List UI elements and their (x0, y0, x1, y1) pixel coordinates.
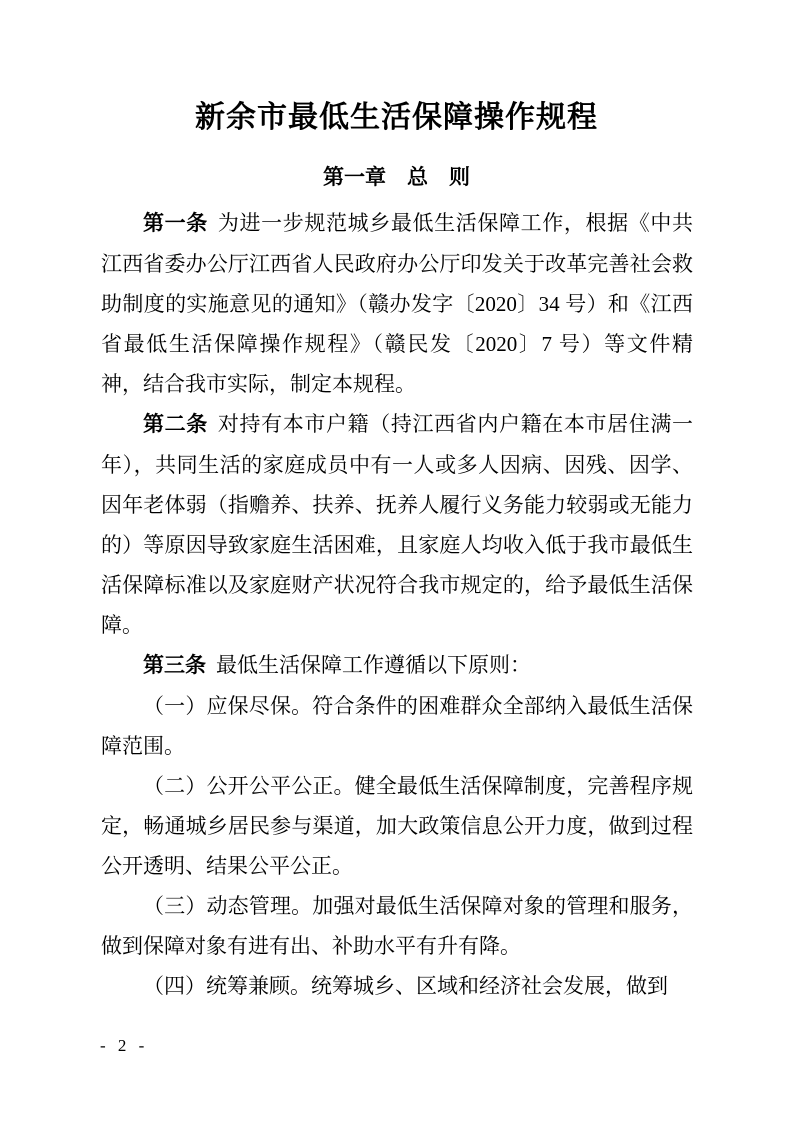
paragraph-text: 为进一步规范城乡最低生活保障工作，根据《中共江西省委办公厅江西省人民政府办公厅印… (101, 211, 693, 396)
page-number: - 2 - (100, 1036, 148, 1056)
paragraph: 第二条对持有本市户籍（持江西省内户籍在本市居住满一年），共同生活的家庭成员中有一… (101, 404, 693, 645)
article-number-label: 第二条 (143, 413, 208, 436)
document-title: 新余市最低生活保障操作规程 (0, 96, 793, 140)
paragraph-text: 对持有本市户籍（持江西省内户籍在本市居住满一年），共同生活的家庭成员中有一人或多… (101, 412, 693, 637)
paragraph-text: （三）动态管理。加强对最低生活保障对象的管理和服务，做到保障对象有进有出、补助水… (101, 894, 693, 958)
paragraph: 第三条最低生活保障工作遵循以下原则： (101, 645, 693, 686)
document-body: 第一条为进一步规范城乡最低生活保障工作，根据《中共江西省委办公厅江西省人民政府办… (101, 203, 693, 1006)
paragraph-text: （一）应保尽保。符合条件的困难群众全部纳入最低生活保障范围。 (101, 694, 693, 758)
paragraph: （一）应保尽保。符合条件的困难群众全部纳入最低生活保障范围。 (101, 686, 693, 766)
paragraph: （三）动态管理。加强对最低生活保障对象的管理和服务，做到保障对象有进有出、补助水… (101, 886, 693, 966)
document-page: 新余市最低生活保障操作规程 第一章 总 则 第一条为进一步规范城乡最低生活保障工… (0, 0, 793, 1122)
paragraph-text: （二）公开公平公正。健全最低生活保障制度，完善程序规定，畅通城乡居民参与渠道，加… (101, 774, 693, 878)
paragraph: 第一条为进一步规范城乡最低生活保障工作，根据《中共江西省委办公厅江西省人民政府办… (101, 203, 693, 404)
paragraph-text: 最低生活保障工作遵循以下原则： (216, 653, 531, 677)
paragraph: （二）公开公平公正。健全最低生活保障制度，完善程序规定，畅通城乡居民参与渠道，加… (101, 766, 693, 886)
chapter-heading: 第一章 总 则 (0, 163, 793, 193)
paragraph: （四）统筹兼顾。统筹城乡、区域和经济社会发展，做到 (101, 966, 693, 1006)
paragraph-text: （四）统筹兼顾。统筹城乡、区域和经济社会发展，做到 (143, 974, 668, 998)
article-number-label: 第三条 (143, 654, 206, 677)
article-number-label: 第一条 (143, 212, 208, 235)
